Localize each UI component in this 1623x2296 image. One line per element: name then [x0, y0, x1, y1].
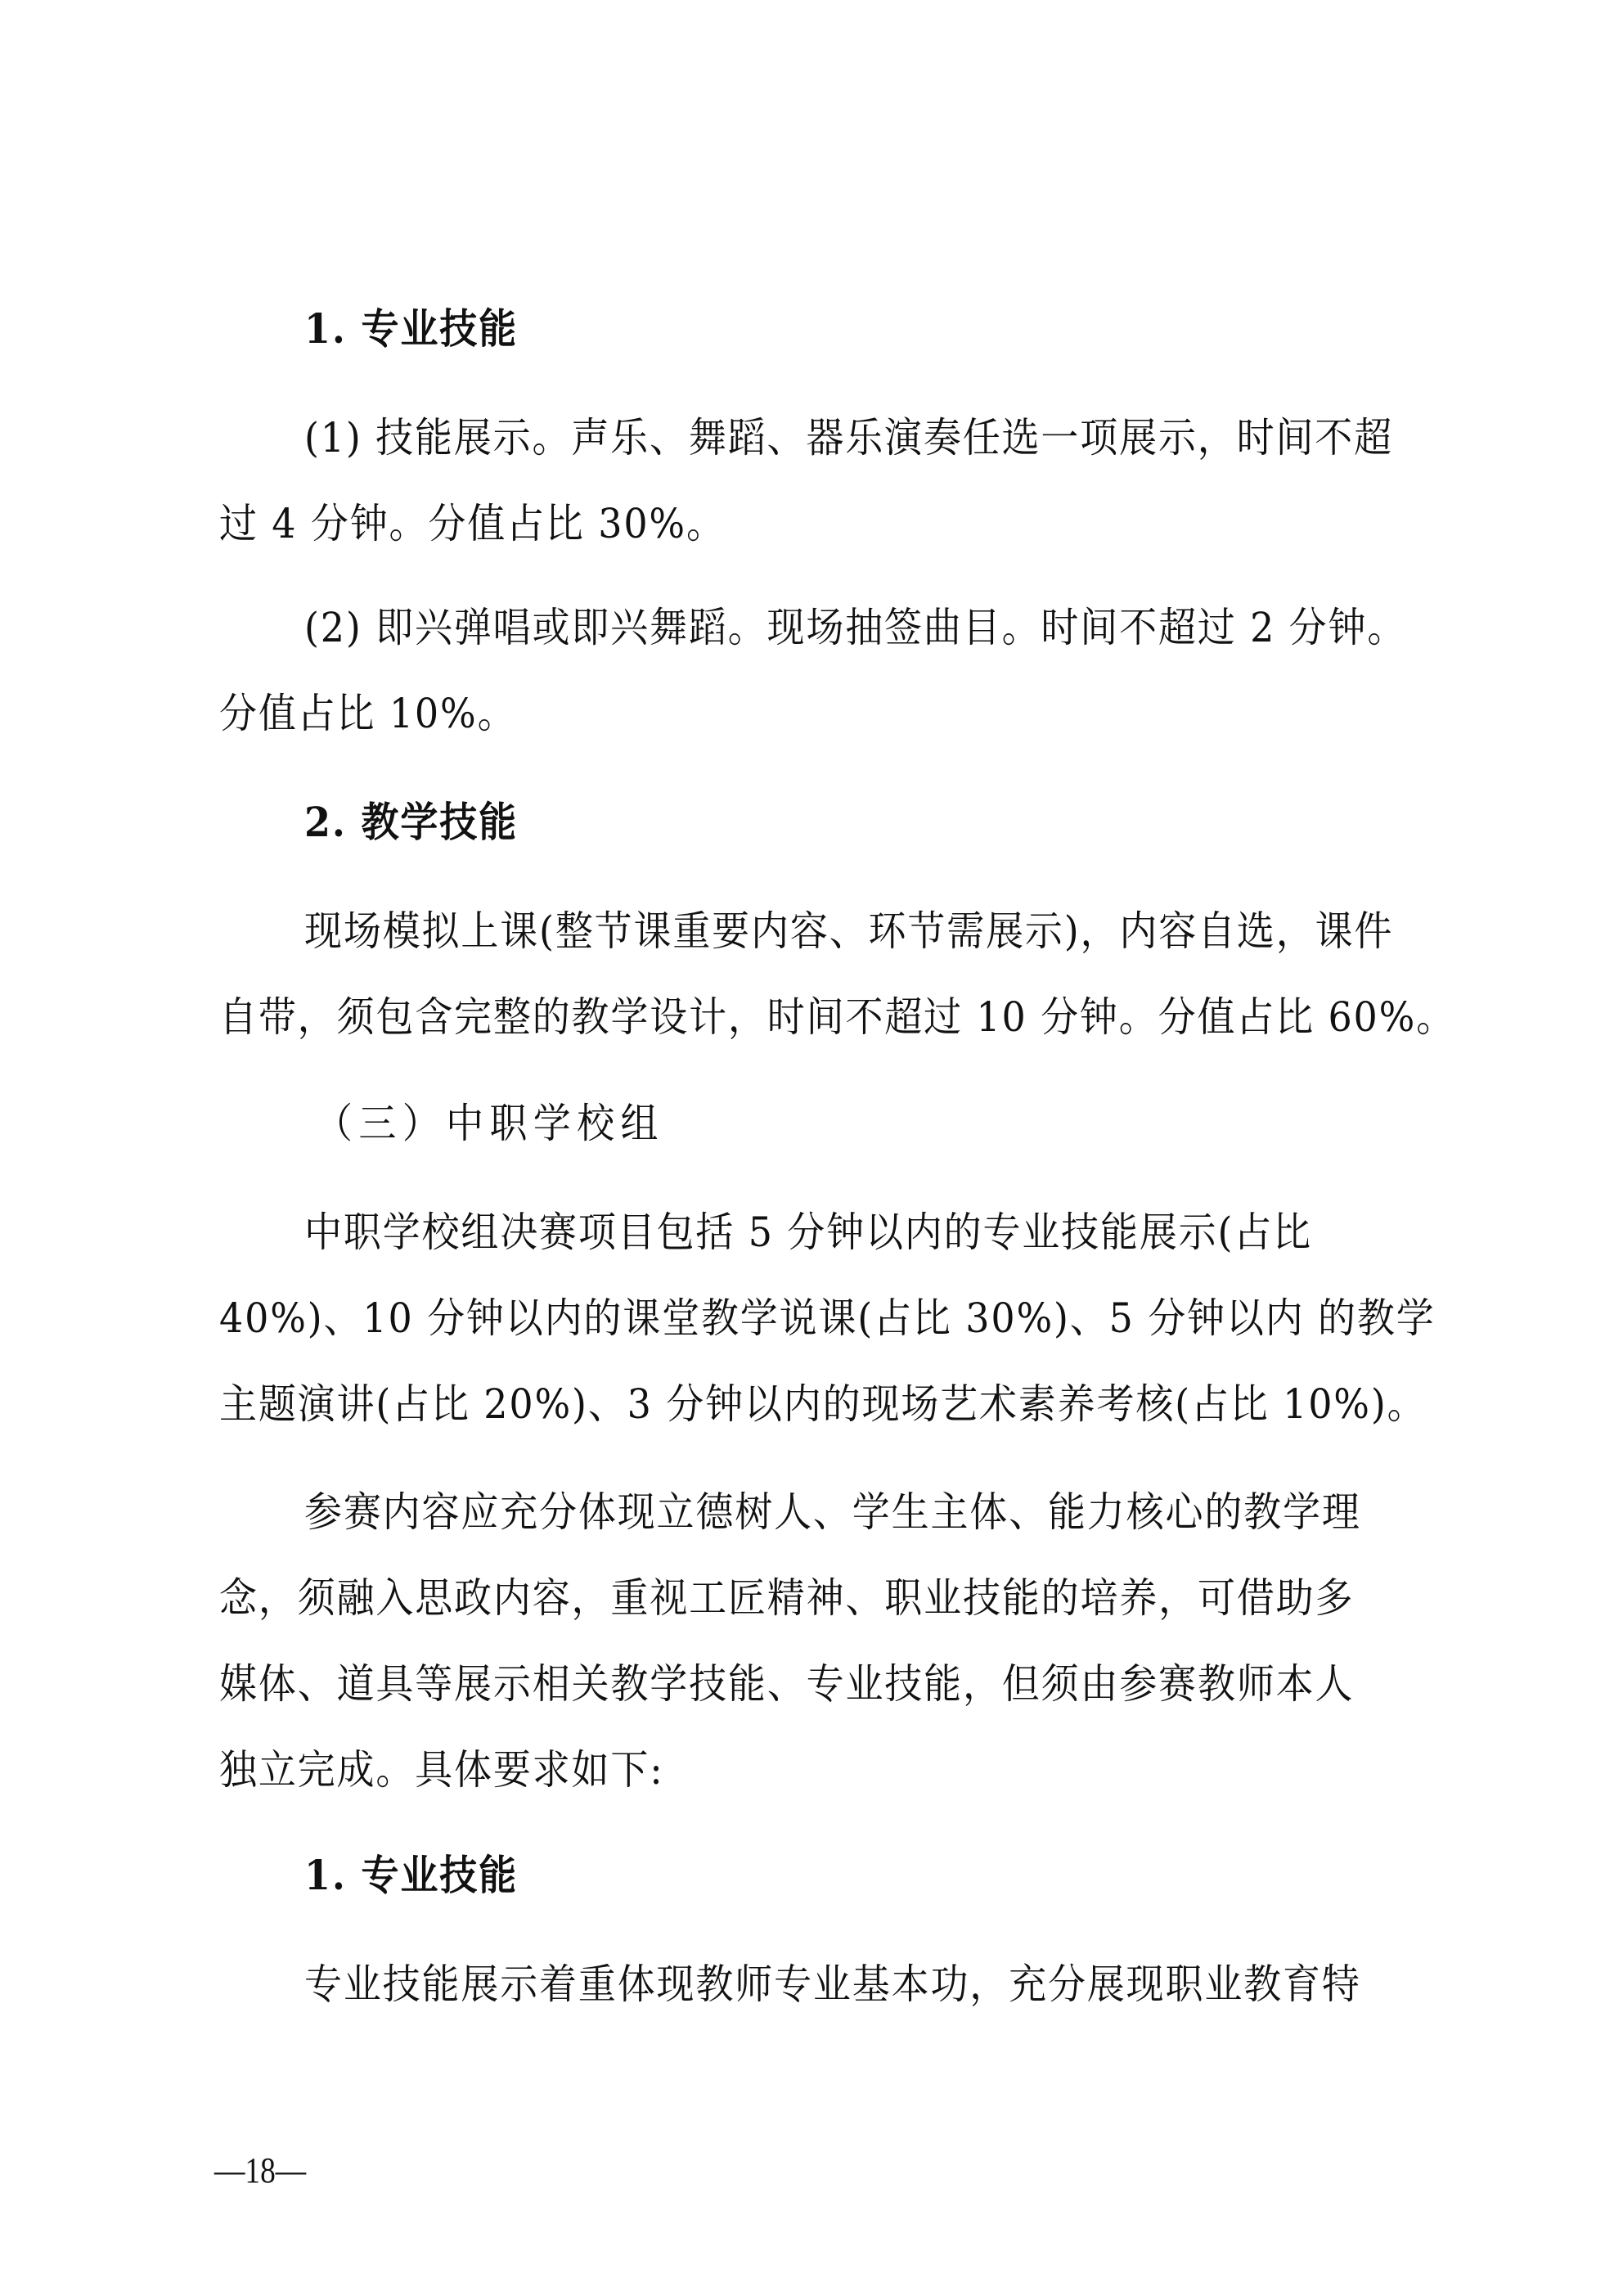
heading-professional-skills-2: 1. 专业技能	[304, 1851, 518, 1900]
paragraph-skill-emphasis-line-1: 专业技能展示着重体现教师专业基本功，充分展现职业教育特	[304, 1960, 1361, 2009]
paragraph-mock-class-line-2: 自带，须包含完整的教学设计，时间不超过 10 分钟。分值占比 60%。	[219, 993, 1455, 1042]
section-vocational-school-group: （三）中职学校组	[315, 1099, 664, 1148]
paragraph-requirements-line-2: 念，须融入思政内容，重视工匠精神、职业技能的培养，可借助多	[219, 1573, 1354, 1623]
paragraph-requirements-line-3: 媒体、道具等展示相关教学技能、专业技能，但须由参赛教师本人	[219, 1659, 1354, 1708]
document-page: 1. 专业技能 (1) 技能展示。声乐、舞蹈、器乐演奏任选一项展示，时间不超 过…	[0, 0, 1623, 2296]
paragraph-improvisation-line-1: (2) 即兴弹唱或即兴舞蹈。现场抽签曲目。时间不超过 2 分钟。	[304, 603, 1406, 652]
paragraph-final-items-line-2: 40%)、10 分钟以内的课堂教学说课(占比 30%)、5 分钟以内 的教学	[219, 1294, 1436, 1343]
paragraph-final-items-line-1: 中职学校组决赛项目包括 5 分钟以内的专业技能展示(占比	[304, 1208, 1312, 1257]
paragraph-skill-display-line-2: 过 4 分钟。分值占比 30%。	[219, 499, 726, 548]
paragraph-skill-display-line-1: (1) 技能展示。声乐、舞蹈、器乐演奏任选一项展示，时间不超	[304, 413, 1393, 462]
page-number: —18—	[214, 2150, 306, 2191]
paragraph-requirements-line-4: 独立完成。具体要求如下:	[219, 1745, 664, 1794]
paragraph-improvisation-line-2: 分值占比 10%。	[219, 689, 516, 738]
paragraph-final-items-line-3: 主题演讲(占比 20%)、3 分钟以内的现场艺术素养考核(占比 10%)。	[219, 1380, 1426, 1429]
paragraph-mock-class-line-1: 现场模拟上课(整节课重要内容、环节需展示)，内容自选，课件	[304, 907, 1393, 956]
heading-teaching-skills: 2. 教学技能	[304, 798, 518, 847]
paragraph-requirements-line-1: 参赛内容应充分体现立德树人、学生主体、能力核心的教学理	[304, 1488, 1361, 1537]
heading-professional-skills: 1. 专业技能	[304, 304, 518, 353]
